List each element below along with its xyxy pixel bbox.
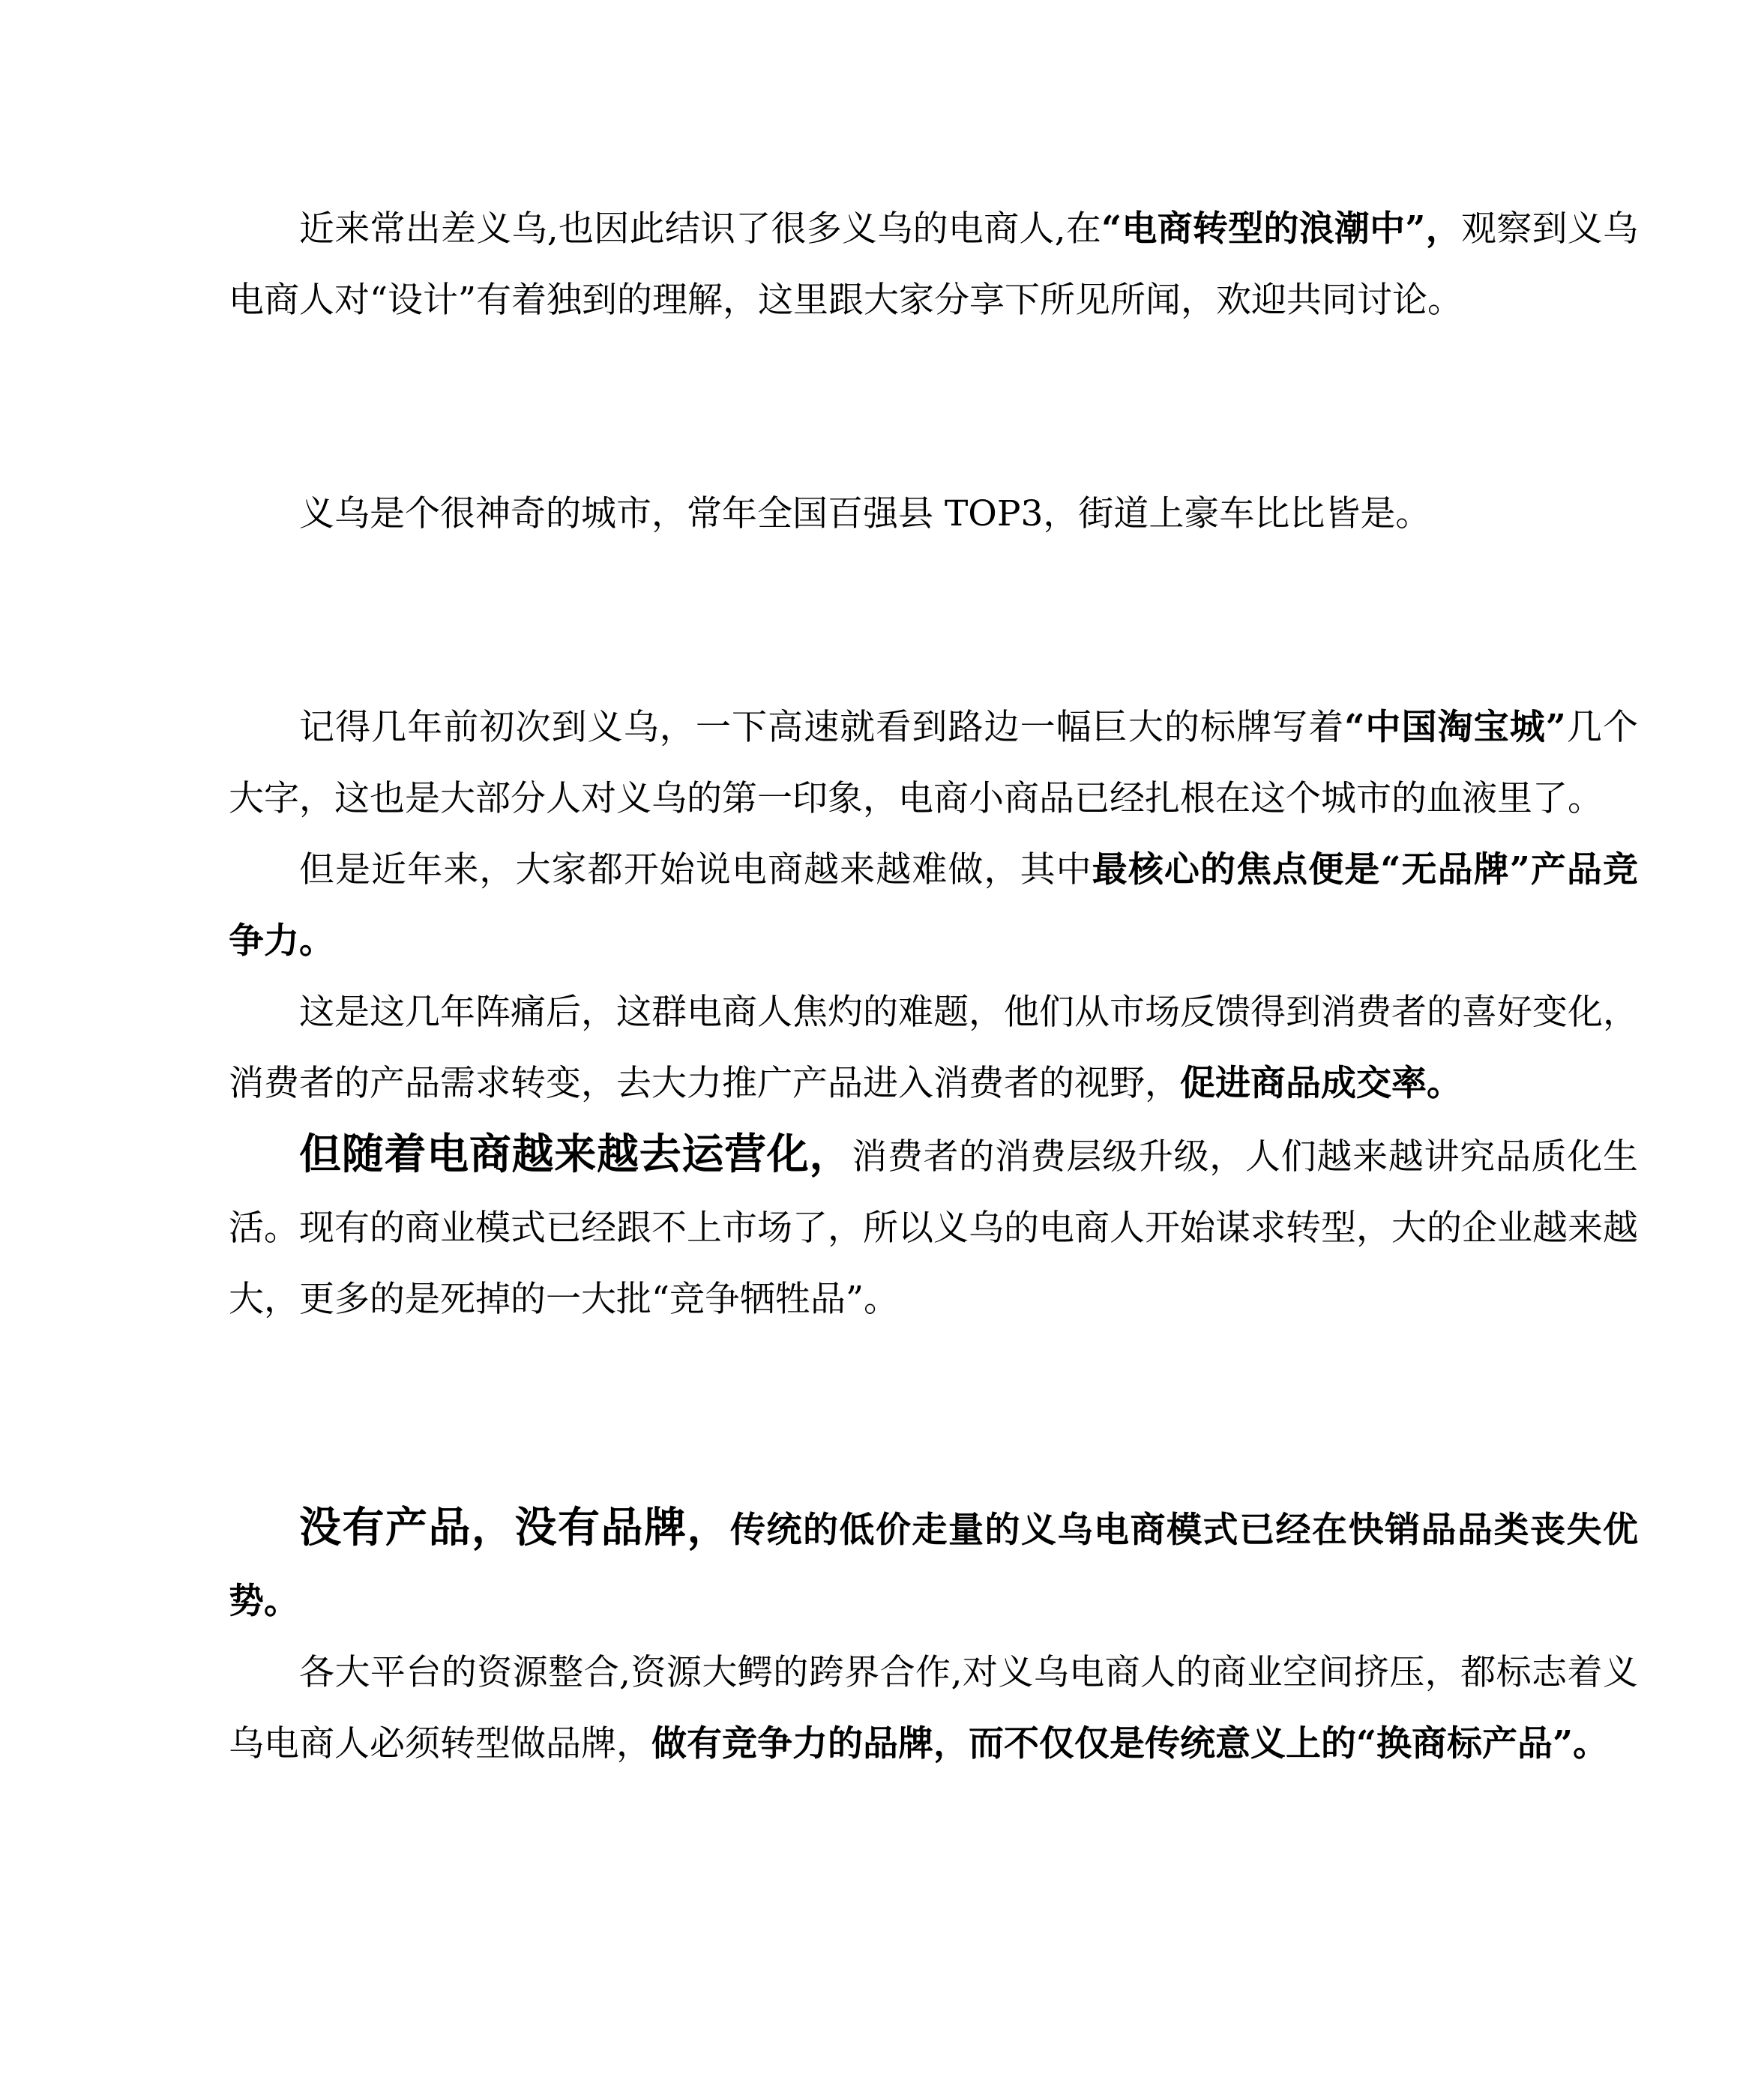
paragraph-no-brand: 但是近年来，大家都开始说电商越来越难做，其中最核心的焦点便是“无品牌”产品竞争力…	[229, 834, 1638, 977]
paragraph-deoperation: 但随着电商越来越去运营化，消费者的消费层级升级，人们越来越讲究品质化生活。现有的…	[229, 1119, 1638, 1335]
text-run-bold: 促进商品成交率。	[1180, 1063, 1462, 1104]
paragraph-platform-integration: 各大平台的资源整合,资源大鳄的跨界合作,对义乌电商人的商业空间挤压，都标志着义乌…	[229, 1637, 1638, 1779]
text-run: 记得几年前初次到义乌，一下高速就看到路边一幅巨大的标牌写着	[299, 707, 1344, 748]
text-run: 但是近年来，大家都开始说电商越来越难做，其中	[299, 849, 1092, 890]
text-run-bold-large: 但随着电商越来越去运营化，	[299, 1130, 852, 1179]
paragraph-no-product-no-brand: 没有产品，没有品牌，传统的低价走量的义乌电商模式已经在快销品品类丧失优势。	[229, 1492, 1638, 1637]
text-run: 近来常出差义乌,也因此结识了很多义乌的电商人,在	[299, 208, 1101, 250]
text-run-bold: “电商转型的浪潮中”，	[1101, 208, 1461, 250]
paragraph-yiwu-city: 义乌是个很神奇的城市，常年全国百强县 TOP3，街道上豪车比比皆是。	[229, 478, 1638, 549]
text-run: 义乌是个很神奇的城市，常年全国百强县 TOP3，街道上豪车比比皆是。	[299, 493, 1430, 534]
paragraph-taobao-city: 记得几年前初次到义乌，一下高速就看到路边一幅巨大的标牌写着“中国淘宝城”几个大字…	[229, 692, 1638, 834]
document-page: 近来常出差义乌,也因此结识了很多义乌的电商人,在“电商转型的浪潮中”，观察到义乌…	[0, 0, 1764, 2077]
paragraph-intro: 近来常出差义乌,也因此结识了很多义乌的电商人,在“电商转型的浪潮中”，观察到义乌…	[229, 193, 1638, 336]
text-run-bold: 做有竞争力的品牌，而不仅仅是传统意义上的“换商标产品”。	[651, 1723, 1608, 1764]
text-run-bold: “中国淘宝城”	[1344, 707, 1566, 748]
paragraph-pain-years: 这是这几年阵痛后，这群电商人焦灼的难题，他们从市场反馈得到消费者的喜好变化，消费…	[229, 977, 1638, 1119]
text-run-bold-large: 没有产品，没有品牌，	[299, 1503, 730, 1552]
